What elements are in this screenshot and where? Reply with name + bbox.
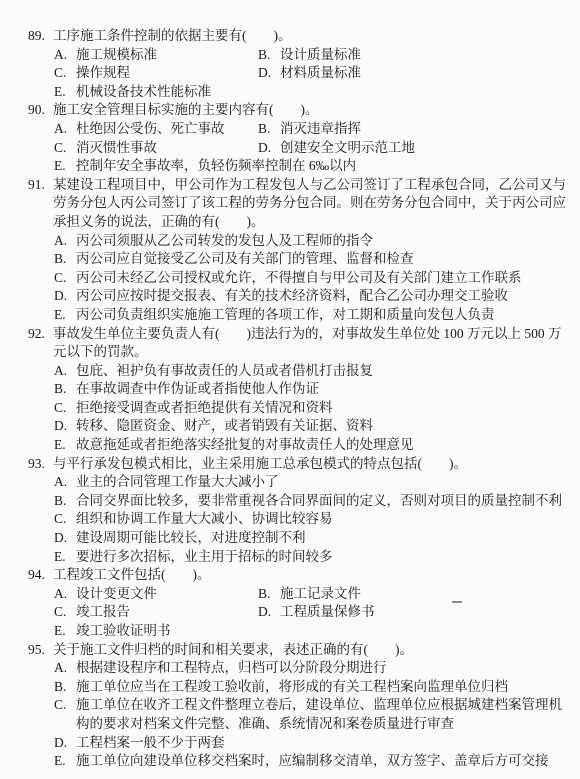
option-E: E.要进行多次招标，业主用于招标的时间较多: [54, 548, 572, 567]
question-stem-row: 95.关于施工文件归档的时间和相关要求，表述正确的有( )。: [28, 641, 572, 660]
option-label: A.: [54, 473, 76, 492]
option-A: A.根据建设程序和工程特点，归档可以分阶段分期进行: [54, 659, 572, 678]
option-label: D.: [54, 734, 76, 753]
question-91: 91.某建设工程项目中，甲公司作为工程发包人与乙公司签订了工程承包合同，乙公司又…: [28, 176, 572, 325]
exam-page: 89.工序施工条件控制的依据主要有( )。A.施工规模标准B.设计质量标准C.操…: [0, 0, 580, 779]
option-text: 要进行多次招标，业主用于招标的时间较多: [76, 548, 572, 567]
option-text: 施工单位向建设单位移交档案时，应编制移交清单，双方签字、盖章后方可交接: [76, 752, 572, 771]
option-label: D.: [258, 139, 280, 158]
option-text: 施工记录文件: [280, 585, 572, 604]
scan-artifact-dash: [452, 601, 462, 603]
option-text: 根据建设程序和工程特点，归档可以分阶段分期进行: [76, 659, 572, 678]
option-text: 施工单位在收齐工程文件整理立卷后，建设单位、监理单位应根据城建档案管理机构的要求…: [76, 696, 572, 733]
option-D: D.材料质量标准: [258, 64, 572, 83]
option-B: B.在事故调查中作伪证或者指使他人作伪证: [54, 380, 572, 399]
option-label: C.: [54, 510, 76, 529]
option-label: A.: [54, 46, 76, 65]
option-C: C.组织和协调工作量大大减小、协调比较容易: [54, 510, 572, 529]
question-stem: 施工安全管理目标实施的主要内容有( )。: [53, 101, 572, 120]
option-C: C.竣工报告: [54, 603, 258, 622]
option-D: D.建设周期可能比较长，对进度控制不利: [54, 529, 572, 548]
option-label: C.: [54, 399, 76, 418]
question-number: 95.: [28, 641, 53, 660]
option-text: 转移、隐匿资金、财产，或者销毁有关证据、资料: [76, 417, 572, 436]
option-text: 拒绝接受调查或者拒绝提供有关情况和资料: [76, 399, 572, 418]
question-stem-row: 93.与平行承发包模式相比，业主采用施工总承包模式的特点包括( )。: [28, 455, 572, 474]
option-text: 创建安全文明示范工地: [280, 139, 572, 158]
options-group: A.杜绝因公受伤、死亡事故B.消灭违章指挥C.消灭惯性事故D.创建安全文明示范工…: [54, 120, 572, 176]
option-text: 合同交界面比较多，要非常重视各合同界面间的定义，否则对项目的质量控制不利: [76, 492, 572, 511]
option-text: 施工规模标准: [76, 46, 258, 65]
question-90: 90.施工安全管理目标实施的主要内容有( )。A.杜绝因公受伤、死亡事故B.消灭…: [28, 101, 572, 175]
question-stem: 工程竣工文件包括( )。: [53, 566, 572, 585]
option-text: 在事故调查中作伪证或者指使他人作伪证: [76, 380, 572, 399]
option-text: 消灭违章指挥: [280, 120, 572, 139]
option-label: C.: [54, 64, 76, 83]
option-label: E.: [54, 157, 76, 176]
option-text: 建设周期可能比较长，对进度控制不利: [76, 529, 572, 548]
question-93: 93.与平行承发包模式相比，业主采用施工总承包模式的特点包括( )。A.业主的合…: [28, 455, 572, 567]
option-text: 控制年安全事故率，负轻伤频率控制在 6‰以内: [76, 157, 572, 176]
option-text: 消灭惯性事故: [76, 139, 258, 158]
question-number: 90.: [28, 101, 53, 120]
option-A: A.丙公司须服从乙公司转发的发包人及工程师的指令: [54, 232, 572, 251]
option-text: 设计质量标准: [280, 46, 572, 65]
option-label: C.: [54, 696, 76, 733]
option-B: B.合同交界面比较多，要非常重视各合同界面间的定义，否则对项目的质量控制不利: [54, 492, 572, 511]
option-label: E.: [54, 436, 76, 455]
option-D: D.丙公司应按时提交报表、有关的技术经济资料，配合乙公司办理交工验收: [54, 287, 572, 306]
option-label: D.: [54, 529, 76, 548]
option-A: A.包庇、袒护负有事故责任的人员或者借机打击报复: [54, 362, 572, 381]
option-text: 杜绝因公受伤、死亡事故: [76, 120, 258, 139]
option-text: 工程质量保修书: [280, 603, 572, 622]
option-B: B.丙公司应自觉接受乙公司及有关部门的管理、监督和检查: [54, 250, 572, 269]
option-C: C.操作规程: [54, 64, 258, 83]
question-number: 89.: [28, 27, 53, 46]
option-B: B.施工记录文件: [258, 585, 572, 604]
option-text: 丙公司须服从乙公司转发的发包人及工程师的指令: [76, 232, 572, 251]
option-B: B.施工单位应当在工程竣工验收前，将形成的有关工程档案向监理单位归档: [54, 678, 572, 697]
option-B: B.设计质量标准: [258, 46, 572, 65]
option-text: 机械设备技术性能标准: [76, 83, 572, 102]
option-text: 组织和协调工作量大大减小、协调比较容易: [76, 510, 572, 529]
option-label: A.: [54, 659, 76, 678]
question-92: 92.事故发生单位主要负责人有( )违法行为的，对事故发生单位处 100 万元以…: [28, 325, 572, 455]
option-D: D.创建安全文明示范工地: [258, 139, 572, 158]
option-label: D.: [258, 603, 280, 622]
option-C: C.丙公司未经乙公司授权或允许，不得擅自与甲公司及有关部门建立工作联系: [54, 269, 572, 288]
option-label: D.: [258, 64, 280, 83]
option-text: 丙公司应自觉接受乙公司及有关部门的管理、监督和检查: [76, 250, 572, 269]
option-label: A.: [54, 362, 76, 381]
option-text: 操作规程: [76, 64, 258, 83]
option-A: A.设计变更文件: [54, 585, 258, 604]
option-text: 丙公司未经乙公司授权或允许，不得擅自与甲公司及有关部门建立工作联系: [76, 269, 572, 288]
option-label: B.: [258, 46, 280, 65]
option-text: 材料质量标准: [280, 64, 572, 83]
options-group: A.根据建设程序和工程特点，归档可以分阶段分期进行B.施工单位应当在工程竣工验收…: [54, 659, 572, 771]
option-label: D.: [54, 417, 76, 436]
question-stem: 关于施工文件归档的时间和相关要求，表述正确的有( )。: [53, 641, 572, 660]
option-label: D.: [54, 287, 76, 306]
question-94: 94.工程竣工文件包括( )。A.设计变更文件B.施工记录文件C.竣工报告D.工…: [28, 566, 572, 640]
option-A: A.杜绝因公受伤、死亡事故: [54, 120, 258, 139]
option-text: 竣工报告: [76, 603, 258, 622]
option-A: A.施工规模标准: [54, 46, 258, 65]
question-stem: 工序施工条件控制的依据主要有( )。: [53, 27, 572, 46]
question-stem-row: 90.施工安全管理目标实施的主要内容有( )。: [28, 101, 572, 120]
question-stem: 某建设工程项目中，甲公司作为工程发包人与乙公司签订了工程承包合同，乙公司又与劳务…: [53, 176, 572, 232]
question-number: 92.: [28, 325, 53, 362]
option-label: A.: [54, 232, 76, 251]
option-text: 包庇、袒护负有事故责任的人员或者借机打击报复: [76, 362, 572, 381]
option-text: 丙公司应按时提交报表、有关的技术经济资料，配合乙公司办理交工验收: [76, 287, 572, 306]
option-text: 设计变更文件: [76, 585, 258, 604]
option-text: 丙公司负责组织实施施工管理的各项工作，对工期和质量向发包人负责: [76, 306, 572, 325]
question-stem: 事故发生单位主要负责人有( )违法行为的，对事故发生单位处 100 万元以上 5…: [53, 325, 572, 362]
option-E: E.竣工验收证明书: [54, 622, 572, 641]
options-group: A.设计变更文件B.施工记录文件C.竣工报告D.工程质量保修书E.竣工验收证明书: [54, 585, 572, 641]
option-label: A.: [54, 585, 76, 604]
question-stem-row: 89.工序施工条件控制的依据主要有( )。: [28, 27, 572, 46]
option-B: B.消灭违章指挥: [258, 120, 572, 139]
option-label: E.: [54, 752, 76, 771]
option-C: C.消灭惯性事故: [54, 139, 258, 158]
option-label: E.: [54, 622, 76, 641]
option-C: C.施工单位在收齐工程文件整理立卷后，建设单位、监理单位应根据城建档案管理机构的…: [54, 696, 572, 733]
option-label: B.: [258, 120, 280, 139]
scan-artifact-dot: [148, 592, 150, 594]
question-stem-row: 92.事故发生单位主要负责人有( )违法行为的，对事故发生单位处 100 万元以…: [28, 325, 572, 362]
option-label: E.: [54, 548, 76, 567]
question-stem: 与平行承发包模式相比，业主采用施工总承包模式的特点包括( )。: [53, 455, 572, 474]
option-label: B.: [54, 678, 76, 697]
option-E: E.机械设备技术性能标准: [54, 83, 572, 102]
options-group: A.包庇、袒护负有事故责任的人员或者借机打击报复B.在事故调查中作伪证或者指使他…: [54, 362, 572, 455]
option-E: E.丙公司负责组织实施施工管理的各项工作，对工期和质量向发包人负责: [54, 306, 572, 325]
option-label: B.: [258, 585, 280, 604]
option-label: C.: [54, 269, 76, 288]
question-95: 95.关于施工文件归档的时间和相关要求，表述正确的有( )。A.根据建设程序和工…: [28, 641, 572, 771]
option-text: 竣工验收证明书: [76, 622, 572, 641]
option-label: A.: [54, 120, 76, 139]
question-89: 89.工序施工条件控制的依据主要有( )。A.施工规模标准B.设计质量标准C.操…: [28, 27, 572, 101]
option-label: E.: [54, 306, 76, 325]
option-E: E.施工单位向建设单位移交档案时，应编制移交清单，双方签字、盖章后方可交接: [54, 752, 572, 771]
option-label: E.: [54, 83, 76, 102]
question-number: 91.: [28, 176, 53, 232]
option-label: B.: [54, 250, 76, 269]
option-D: D.工程档案一般不少于两套: [54, 734, 572, 753]
question-number: 93.: [28, 455, 53, 474]
options-group: A.丙公司须服从乙公司转发的发包人及工程师的指令B.丙公司应自觉接受乙公司及有关…: [54, 232, 572, 325]
option-label: B.: [54, 492, 76, 511]
option-label: C.: [54, 139, 76, 158]
options-group: A.业主的合同管理工作量大大减小了B.合同交界面比较多，要非常重视各合同界面间的…: [54, 473, 572, 566]
option-text: 工程档案一般不少于两套: [76, 734, 572, 753]
option-E: E.控制年安全事故率，负轻伤频率控制在 6‰以内: [54, 157, 572, 176]
option-D: D.转移、隐匿资金、财产，或者销毁有关证据、资料: [54, 417, 572, 436]
option-D: D.工程质量保修书: [258, 603, 572, 622]
question-stem-row: 94.工程竣工文件包括( )。: [28, 566, 572, 585]
option-C: C.拒绝接受调查或者拒绝提供有关情况和资料: [54, 399, 572, 418]
option-text: 故意拖延或者拒绝落实经批复的对事故责任人的处理意见: [76, 436, 572, 455]
option-E: E.故意拖延或者拒绝落实经批复的对事故责任人的处理意见: [54, 436, 572, 455]
option-A: A.业主的合同管理工作量大大减小了: [54, 473, 572, 492]
question-list: 89.工序施工条件控制的依据主要有( )。A.施工规模标准B.设计质量标准C.操…: [28, 27, 572, 771]
options-group: A.施工规模标准B.设计质量标准C.操作规程D.材料质量标准E.机械设备技术性能…: [54, 46, 572, 102]
question-stem-row: 91.某建设工程项目中，甲公司作为工程发包人与乙公司签订了工程承包合同，乙公司又…: [28, 176, 572, 232]
option-label: B.: [54, 380, 76, 399]
option-text: 施工单位应当在工程竣工验收前，将形成的有关工程档案向监理单位归档: [76, 678, 572, 697]
option-text: 业主的合同管理工作量大大减小了: [76, 473, 572, 492]
option-label: C.: [54, 603, 76, 622]
question-number: 94.: [28, 566, 53, 585]
